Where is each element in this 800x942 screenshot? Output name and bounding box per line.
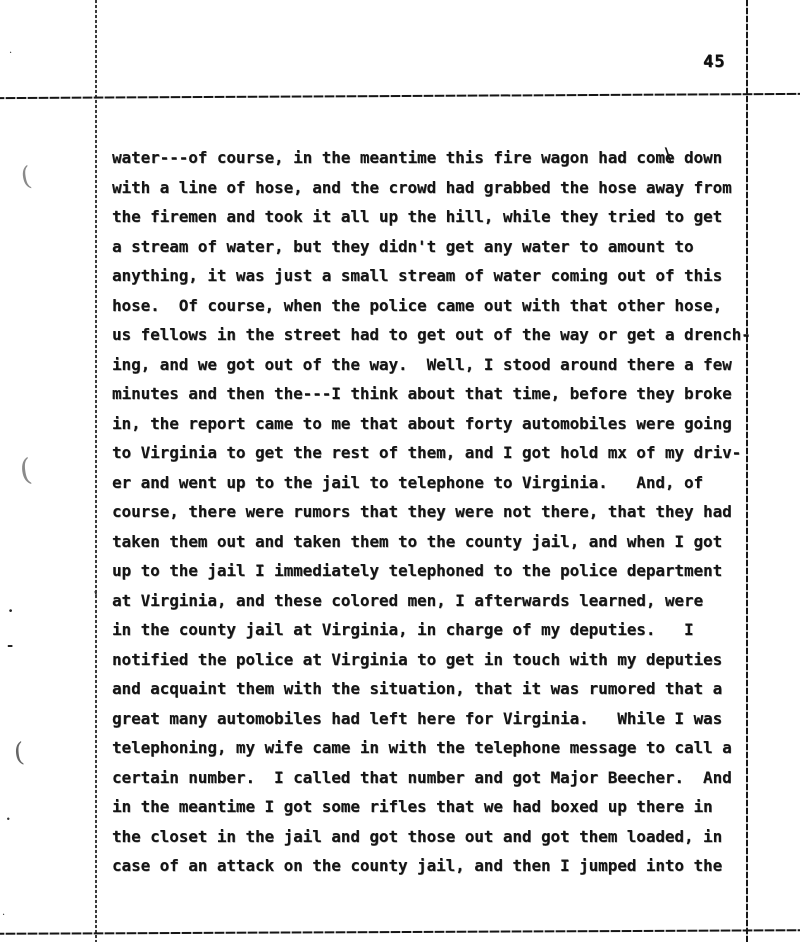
margin-speck: . [9,46,12,56]
text-line: anything, it was just a small stream of … [112,261,772,291]
page-number: 45 [703,52,725,72]
text-line: at Virginia, and these colored men, I af… [112,586,772,616]
text-line: a stream of water, but they didn't get a… [112,232,772,262]
text-line: with a line of hose, and the crowd had g… [112,173,772,203]
text-line: taken them out and taken them to the cou… [112,527,772,557]
text-line: er and went up to the jail to telephone … [112,468,772,498]
text-line: water---of course, in the meantime this … [112,143,772,173]
margin-tick-mark: ' [93,590,102,605]
text-line: in the county jail at Virginia, in charg… [112,615,772,645]
text-line: in the meantime I got some rifles that w… [112,792,772,822]
text-line: notified the police at Virginia to get i… [112,645,772,675]
margin-paren-mark: ( [13,740,26,767]
text-line: the closet in the jail and got those out… [112,822,772,852]
margin-speck: . [2,908,5,918]
text-line: to Virginia to get the rest of them, and… [112,438,772,468]
margin-speck: . [8,600,13,615]
text-line: us fellows in the street had to get out … [112,320,772,350]
margin-speck: . [6,810,11,823]
text-line: in, the report came to me that about for… [112,409,772,439]
text-line: minutes and then the---I think about tha… [112,379,772,409]
text-line: telephoning, my wife came in with the te… [112,733,772,763]
text-line: the firemen and took it all up the hill,… [112,202,772,232]
top-rule [0,93,800,99]
text-line: certain number. I called that number and… [112,763,772,793]
transcript-text-block: water---of course, in the meantime this … [112,143,772,881]
scanned-document-page: 45 water---of course, in the meantime th… [0,0,800,942]
text-line: great many automobiles had left here for… [112,704,772,734]
left-margin-rule [95,0,97,942]
bottom-rule [0,929,800,935]
text-line: up to the jail I immediately telephoned … [112,556,772,586]
margin-paren-mark: ( [18,455,34,486]
margin-paren-mark: ( [19,163,34,190]
text-line: course, there were rumors that they were… [112,497,772,527]
text-line: case of an attack on the county jail, an… [112,851,772,881]
text-line: ing, and we got out of the way. Well, I … [112,350,772,380]
text-line: and acquaint them with the situation, th… [112,674,772,704]
text-line: hose. Of course, when the police came ou… [112,291,772,321]
margin-dash-mark: - [7,638,13,653]
